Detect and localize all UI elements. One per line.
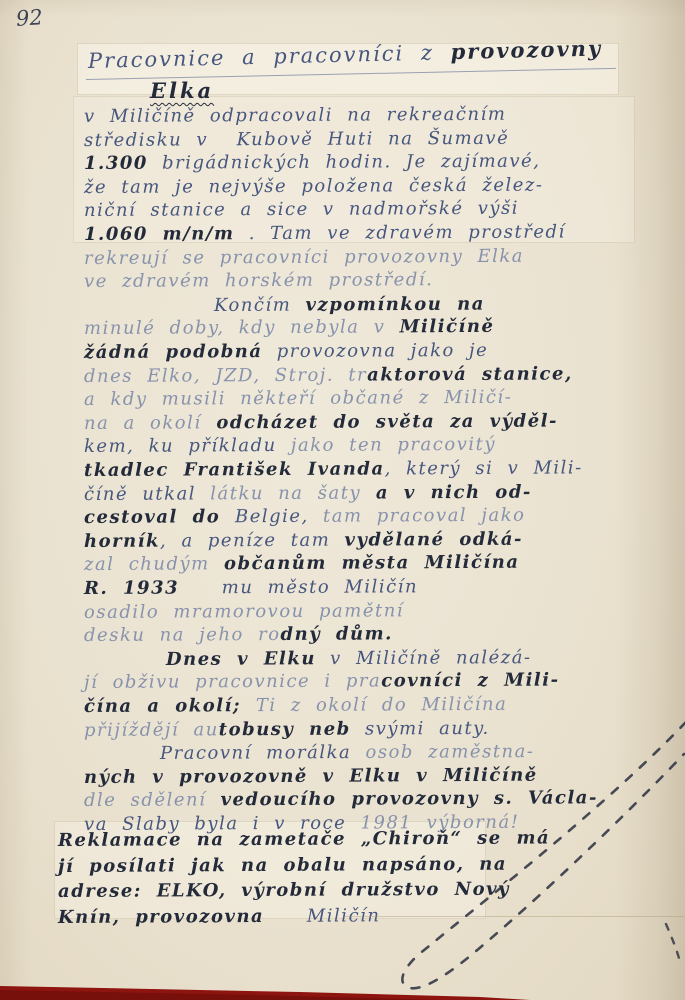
handwriting-line: a kdy musili někteří občané z Miličí-	[84, 387, 512, 410]
text-segment: odcházet do světa za výděl-	[202, 410, 558, 433]
text-segment: svými auty.	[351, 717, 490, 739]
text-segment: dle sdělení	[84, 790, 221, 812]
text-segment: tkadlec František Ivanda	[84, 458, 385, 481]
handwriting-line: kem, ku příkladu jako ten pracovitý	[84, 434, 496, 457]
handwriting-line: Končím vzpomínkou na	[214, 293, 485, 315]
handwriting-line: osadilo mramorovou pamětní	[84, 600, 404, 623]
handwriting-line: Reklamace na zametače „Chiroň“ se má	[58, 827, 550, 851]
handwriting-line: R. 1933 mu město Miličín	[84, 576, 418, 599]
page-title-elka: Elka	[150, 78, 214, 103]
text-segment: minulé doby, kdy nebyla v	[84, 317, 400, 340]
text-segment: vydělané odká-	[344, 528, 523, 550]
text-segment: občanům města Miličína	[224, 552, 520, 575]
text-segment: , a peníze tam	[160, 529, 345, 551]
page-number: 92	[15, 5, 43, 31]
chronicle-page: 92 Pracovnice a pracovníci z provozovny …	[0, 0, 685, 1000]
text-segment: 1.300	[84, 153, 148, 174]
handwriting-line: přijíždějí autobusy neb svými auty.	[84, 717, 490, 740]
text-segment: osob zaměstna-	[351, 741, 534, 763]
text-segment: dný dům.	[280, 624, 392, 646]
handwriting-line: cestoval do Belgie, tam pracoval jako	[84, 505, 526, 528]
text-segment: mu město Miličín	[179, 576, 418, 598]
text-segment: rekreují se pracovníci provozovny Elka	[84, 245, 524, 268]
text-segment: adrese: ELKO, výrobní družstvo Nový	[58, 879, 510, 902]
handwriting-line: žádná podobná provozovna jako je	[84, 340, 488, 363]
handwriting-line: jí posílati jak na obalu napsáno, na	[58, 853, 507, 876]
text-segment: . Tam ve zdravém prostředí	[234, 221, 565, 244]
handwriting-line: že tam je nejvýše položena česká želez-	[84, 174, 544, 197]
text-segment: Dnes v Elku	[166, 648, 316, 670]
text-segment: tam pracoval jako	[323, 505, 526, 527]
handwriting-line: v Miličíně odpracovali na rekreačním	[84, 104, 506, 127]
text-segment: ných v provozovně v Elku v Miličíně	[84, 764, 538, 787]
text-segment: aktorová stanice,	[367, 363, 573, 385]
handwriting-line: ných v provozovně v Elku v Miličíně	[84, 764, 538, 787]
handwriting-line: na a okolí odcházet do světa za výděl-	[84, 410, 558, 433]
handwriting-line: středisku v Kubově Huti na Šumavě	[84, 127, 509, 150]
text-segment: R. 1933	[84, 578, 179, 599]
text-segment: desku na jeho ro	[84, 624, 281, 646]
text-segment: Reklamace na zametače „Chiroň“ se má	[58, 827, 550, 851]
text-segment: Belgie,	[235, 506, 323, 527]
handwriting-line: dnes Elko, JZD, Stroj. traktorová stanic…	[84, 363, 573, 387]
text-segment: látku na šaty	[210, 482, 361, 504]
text-segment: vedoucího provozovny s. Václa-	[220, 788, 597, 811]
text-segment: v Miličíně odpracovali na rekreačním	[84, 104, 506, 127]
handwriting-line: ve zdravém horském prostředí.	[84, 269, 433, 292]
text-segment: osadilo mramorovou pamětní	[84, 600, 404, 623]
text-segment: přijíždějí au	[84, 719, 219, 741]
handwriting-line: adrese: ELKO, výrobní družstvo Nový	[58, 879, 510, 902]
text-segment: jí posílati jak na obalu napsáno, na	[58, 853, 507, 876]
text-segment: jako ten pracovitý	[277, 434, 496, 456]
text-segment: Končím	[214, 294, 306, 315]
text-segment: středisku v Kubově Huti na Šumavě	[84, 127, 509, 150]
text-segment: vzpomínkou na	[305, 293, 484, 315]
text-segment: Knín, provozovna	[58, 905, 264, 927]
handwriting-line: Dnes v Elku v Miličíně nalézá-	[166, 647, 532, 670]
text-segment: provozovna jako je	[262, 340, 488, 362]
text-segment: provozovny	[450, 35, 602, 64]
text-segment: ve zdravém horském prostředí.	[84, 269, 433, 292]
text-segment: Ti z okolí do Miličína	[256, 694, 508, 716]
text-segment: dnes Elko, JZD, Stroj. tr	[84, 364, 367, 386]
handwriting-line: zal chudým občanům města Miličína	[84, 552, 520, 575]
handwriting-line: niční stanice a sice v nadmořské výši	[84, 198, 519, 221]
handwriting-line: 1.300 brigádnických hodin. Je zajímavé,	[84, 151, 540, 174]
text-segment: jí obživu pracovnice i pra	[84, 671, 381, 694]
handwriting-line: rekreují se pracovníci provozovny Elka	[84, 245, 524, 268]
text-segment: a kdy musili někteří občané z Miličí-	[84, 387, 512, 410]
text-segment: na a okolí	[84, 412, 202, 434]
text-segment: čína a okolí;	[84, 695, 256, 717]
text-segment: cestoval do	[84, 506, 235, 528]
text-segment: Pracovní morálka	[160, 742, 351, 764]
handwriting-line: číně utkal látku na šaty a v nich od-	[84, 481, 532, 504]
text-segment: , který si v Mili-	[385, 457, 583, 479]
text-segment: zal chudým	[84, 554, 224, 576]
text-segment: brigádnických hodin. Je zajímavé,	[148, 151, 541, 174]
handwriting-line: 1.060 m/n/m . Tam ve zdravém prostředí	[84, 221, 566, 245]
text-segment: a v nich od-	[361, 481, 532, 503]
handwriting-line: dle sdělení vedoucího provozovny s. Václ…	[84, 788, 598, 812]
text-segment: tobusy neb	[219, 718, 351, 740]
text-segment: niční stanice a sice v nadmořské výši	[84, 198, 519, 221]
handwriting-line: Knín, provozovna Miličín	[58, 905, 381, 928]
handwriting-line: tkadlec František Ivanda, který si v Mil…	[84, 457, 583, 481]
text-segment: kem, ku příkladu	[84, 435, 277, 457]
handwriting-line: jí obživu pracovnice i pracovníci z Mili…	[84, 670, 560, 693]
text-segment: číně utkal	[84, 483, 210, 505]
text-segment: covníci z Mili-	[381, 670, 559, 692]
text-segment: v Miličíně nalézá-	[316, 647, 532, 669]
handwriting-line: horník, a peníze tam vydělané odká-	[84, 528, 523, 551]
handwriting-line: Pracovní morálka osob zaměstna-	[160, 741, 535, 764]
text-segment: žádná podobná	[84, 341, 263, 363]
text-segment: Miličíně	[400, 316, 495, 337]
text-segment: horník	[84, 530, 160, 551]
handwriting-line: desku na jeho rodný dům.	[84, 624, 393, 647]
handwriting-line: čína a okolí; Ti z okolí do Miličína	[84, 694, 507, 717]
paper-crease-line	[345, 916, 685, 917]
handwriting-line: minulé doby, kdy nebyla v Miličíně	[84, 316, 494, 339]
text-segment: že tam je nejvýše položena česká želez-	[84, 174, 544, 197]
text-segment: 1.060 m/n/m	[84, 223, 235, 245]
